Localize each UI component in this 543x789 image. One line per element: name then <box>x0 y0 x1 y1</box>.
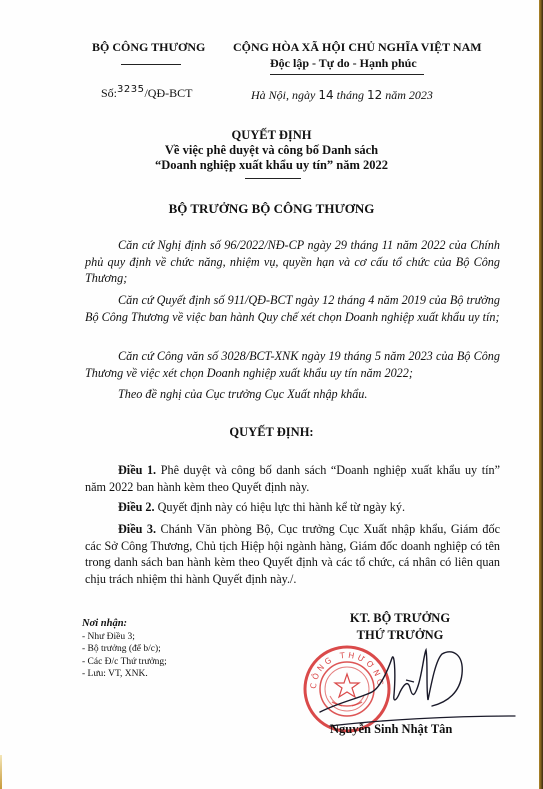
day-handwritten: 14 <box>318 88 333 102</box>
recipients-list: Nơi nhận: - Như Điều 3; - Bộ trưởng (để … <box>82 618 167 681</box>
doc-number-handwritten: 3235 <box>117 84 144 95</box>
place-date-prefix: Hà Nội, ngày <box>251 88 318 102</box>
article-2-text: Quyết định này có hiệu lực thi hành kể t… <box>155 500 405 514</box>
article-1: Điều 1. Phê duyệt và công bố danh sách “… <box>85 462 500 495</box>
ministry-underline <box>121 64 181 65</box>
article-3-label: Điều 3. <box>118 522 156 536</box>
preamble-3: Căn cứ Công văn số 3028/BCT-XNK ngày 19 … <box>85 348 500 381</box>
issuing-ministry: BỘ CÔNG THƯƠNG <box>92 40 205 55</box>
title-underline <box>245 178 301 179</box>
place-and-date: Hà Nội, ngày 14 tháng 12 năm 2023 <box>251 88 433 103</box>
preamble-2: Căn cứ Quyết định số 911/QĐ-BCT ngày 12 … <box>85 292 500 325</box>
doc-number-prefix: Số: <box>101 86 117 100</box>
signature-on-behalf: KT. BỘ TRƯỞNG <box>300 611 500 626</box>
document-number: Số:3235/QĐ-BCT <box>101 86 192 101</box>
preamble-4: Theo đề nghị của Cục trưởng Cục Xuất nhậ… <box>85 386 500 403</box>
article-2-label: Điều 2. <box>118 500 155 514</box>
national-motto: Độc lập - Tự do - Hạnh phúc <box>270 56 417 71</box>
doc-number-suffix: /QĐ-BCT <box>144 86 192 100</box>
country-name: CỘNG HÒA XÃ HỘI CHỦ NGHĨA VIỆT NAM <box>233 40 482 55</box>
article-3: Điều 3. Chánh Văn phòng Bộ, Cục trưởng C… <box>85 521 500 587</box>
year-text: năm 2023 <box>382 88 433 102</box>
scan-edge-right <box>539 0 543 789</box>
document-title: QUYẾT ĐỊNH Về việc phê duyệt và công bố … <box>0 128 543 173</box>
title-heading: QUYẾT ĐỊNH <box>0 128 543 143</box>
recipient-item: - Các Đ/c Thứ trưởng; <box>82 656 167 669</box>
decision-heading: QUYẾT ĐỊNH: <box>0 425 543 440</box>
document-page: BỘ CÔNG THƯƠNG CỘNG HÒA XÃ HỘI CHỦ NGHĨA… <box>0 0 543 789</box>
scan-edge-left <box>0 755 2 789</box>
preamble-1: Căn cứ Nghị định số 96/2022/NĐ-CP ngày 2… <box>85 237 500 287</box>
article-2: Điều 2. Quyết định này có hiệu lực thi h… <box>85 499 500 516</box>
recipient-item: - Lưu: VT, XNK. <box>82 668 167 681</box>
article-1-label: Điều 1. <box>118 463 156 477</box>
motto-underline <box>270 74 424 75</box>
signer-name: Nguyễn Sinh Nhật Tân <box>330 722 452 737</box>
month-word: tháng <box>334 88 367 102</box>
recipient-item: - Bộ trưởng (để b/c); <box>82 643 167 656</box>
title-subject-line2: “Doanh nghiệp xuất khẩu uy tín” năm 2022 <box>0 158 543 173</box>
month-handwritten: 12 <box>367 88 382 102</box>
recipient-item: - Như Điều 3; <box>82 631 167 644</box>
title-subject-line1: Về việc phê duyệt và công bố Danh sách <box>0 143 543 158</box>
recipients-heading: Nơi nhận: <box>82 618 167 631</box>
handwritten-signature-icon <box>310 640 520 730</box>
issuing-authority: BỘ TRƯỞNG BỘ CÔNG THƯƠNG <box>0 201 543 217</box>
